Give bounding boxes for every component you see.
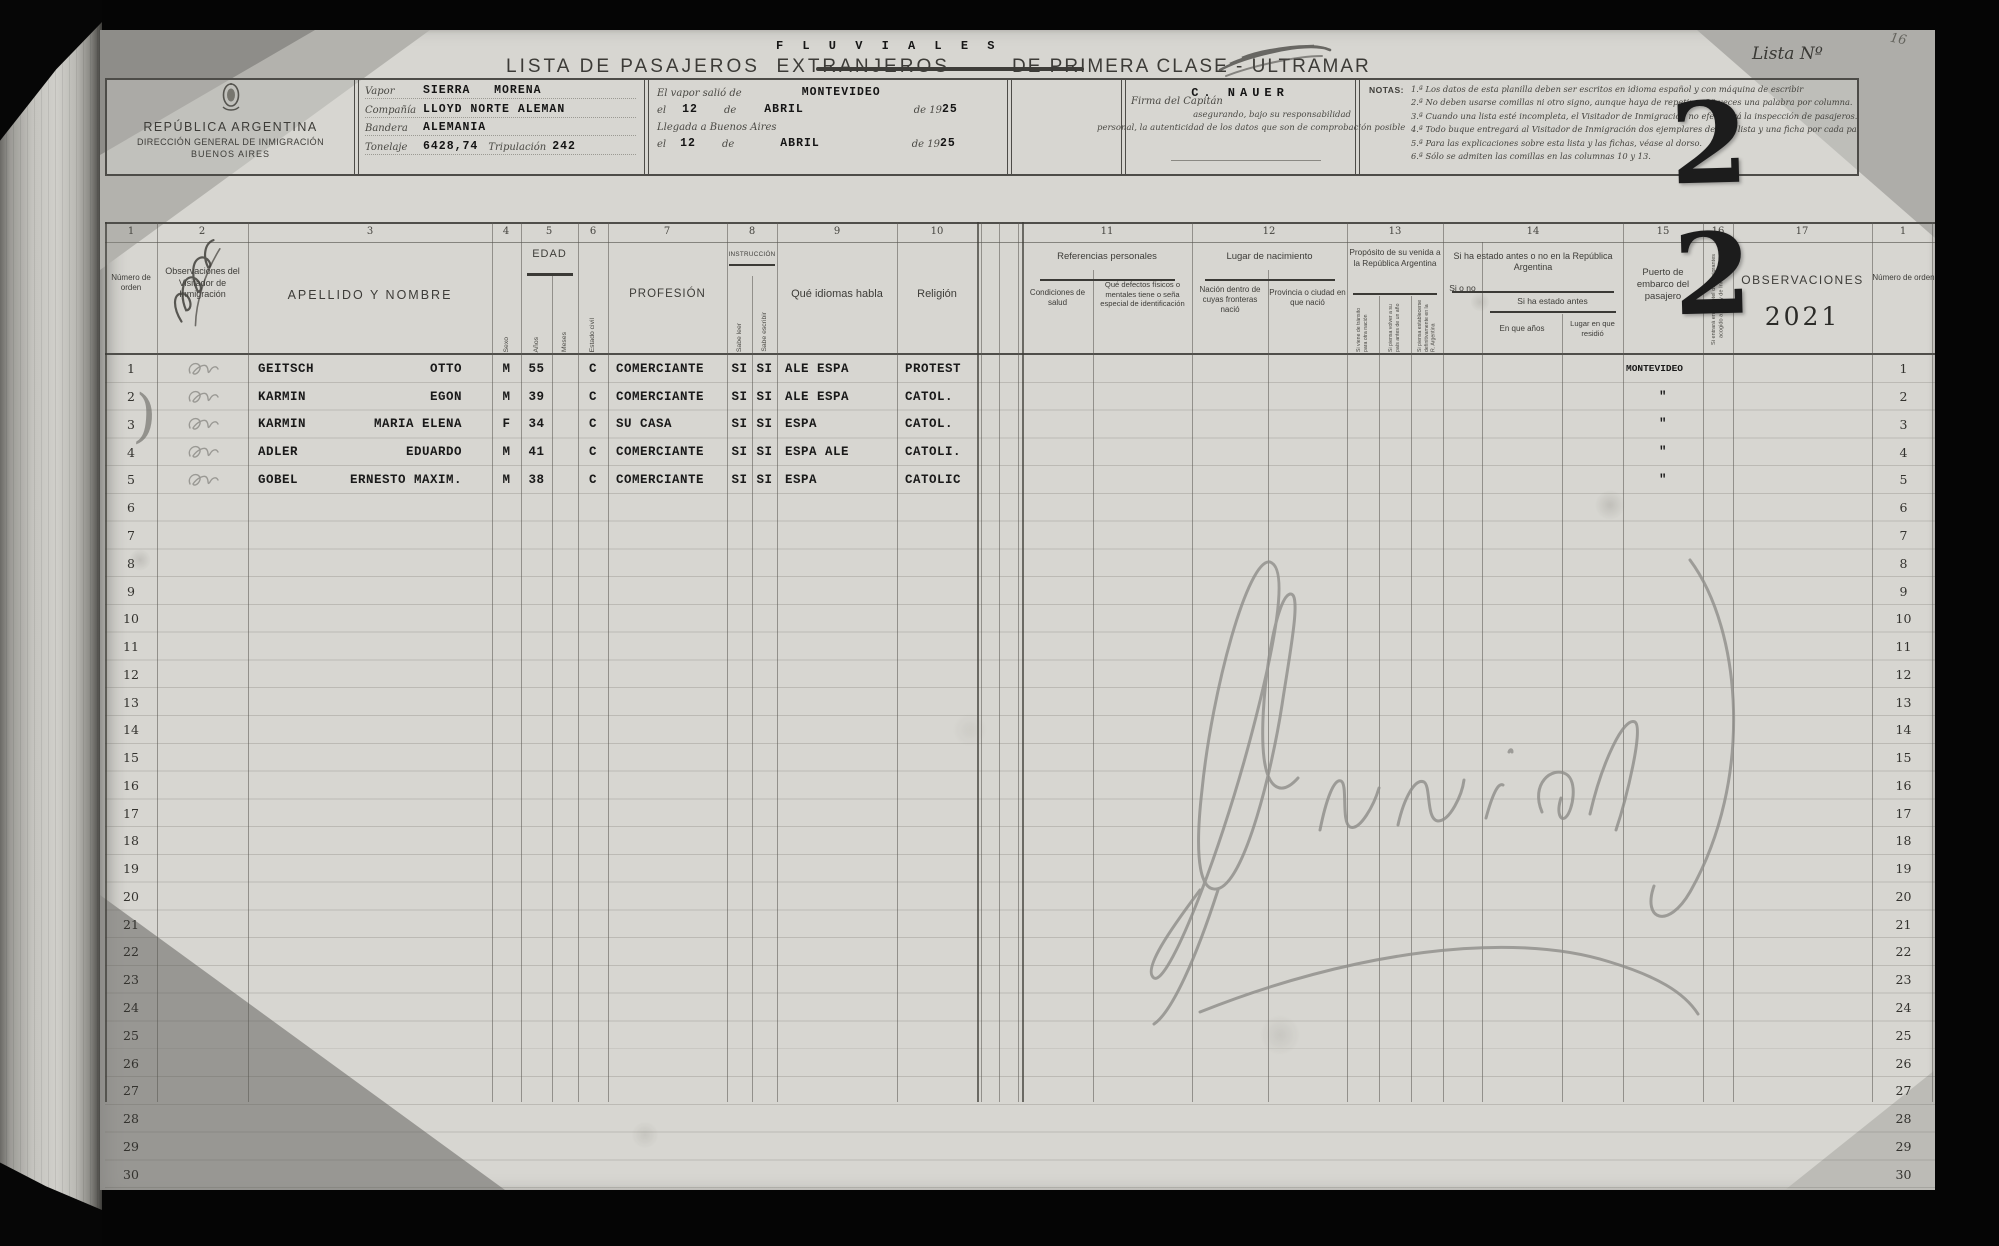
header-condiciones-salud: Condiciones de salud xyxy=(1022,288,1093,308)
passenger-civil-status: C xyxy=(578,355,608,383)
instruccion-underline xyxy=(729,264,775,266)
passenger-age: 38 xyxy=(521,466,552,494)
header-sabe-leer: Sabe leer xyxy=(727,274,752,352)
header-sabe-escribir: Sabe escribir xyxy=(752,274,777,352)
passenger-given-name: ERNESTO MAXIM. xyxy=(350,473,462,487)
column-number: 3 xyxy=(367,226,373,237)
anos-label: Años xyxy=(533,337,541,353)
table-row: 2828 xyxy=(105,1105,1935,1133)
estado-civil-label: Estado civil xyxy=(589,318,597,352)
table-top-rule xyxy=(105,222,1935,224)
column-number: 15 xyxy=(1657,226,1670,237)
passenger-given-name: EGON xyxy=(430,390,462,404)
row-cell: 17 xyxy=(105,799,157,827)
header-estado-civil: Estado civil xyxy=(578,274,608,352)
passenger-religion: CATOL. xyxy=(897,411,977,439)
row-cell: 7 xyxy=(1872,522,1935,550)
row-cell: 22 xyxy=(105,938,157,966)
header-estado-antes: Si ha estado antes o no en la República … xyxy=(1443,251,1623,273)
visitador-mark-cell xyxy=(157,466,248,494)
passenger-civil-status: C xyxy=(578,466,608,494)
passenger-writes: SI xyxy=(752,411,777,439)
row-cell: 10 xyxy=(105,605,157,633)
row-cell: 27 xyxy=(105,1077,157,1105)
passenger-age: 39 xyxy=(521,383,552,411)
passenger-writes: SI xyxy=(752,383,777,411)
header-anos: Años xyxy=(521,274,552,352)
passenger-sex: M xyxy=(492,355,521,383)
passenger-writes: SI xyxy=(752,438,777,466)
row-cell: 29 xyxy=(1872,1132,1935,1160)
passenger-age: 41 xyxy=(521,438,552,466)
passenger-reads: SI xyxy=(727,438,752,466)
header-defectos: Qué defectos físicos o mentales tiene o … xyxy=(1093,280,1192,309)
sabe-escribir-label: Sabe escribir xyxy=(761,312,769,352)
passenger-sex: M xyxy=(492,466,521,494)
header-meses: Meses xyxy=(552,274,578,352)
row-cell: 1 xyxy=(105,355,157,383)
passenger-profession: COMERCIANTE xyxy=(608,355,727,383)
passenger-languages: ESPA xyxy=(777,466,897,494)
row-cell: 29 xyxy=(105,1132,157,1160)
header-numero-orden-left: Número de orden xyxy=(105,273,157,293)
row-cell: 13 xyxy=(105,688,157,716)
passenger-profession: COMERCIANTE xyxy=(608,438,727,466)
row-cell: 8 xyxy=(105,549,157,577)
passenger-list-page: F L U V I A L E S LISTA DE PASAJEROS EXT… xyxy=(100,30,1935,1190)
row-cell: 8 xyxy=(1872,549,1935,577)
passenger-religion: CATOL. xyxy=(897,383,977,411)
passenger-profession: SU CASA xyxy=(608,411,727,439)
row-cell: 16 xyxy=(105,771,157,799)
row-cell: 11 xyxy=(1872,633,1935,661)
passenger-reads: SI xyxy=(727,466,752,494)
row-cell: 26 xyxy=(105,1049,157,1077)
passenger-given-name: EDUARDO xyxy=(406,445,462,459)
passenger-embark-port: " xyxy=(1623,383,1703,411)
visitador-initials-handwriting xyxy=(184,469,222,491)
row-cell: 24 xyxy=(105,994,157,1022)
row-cell: 15 xyxy=(1872,744,1935,772)
row-cell: 9 xyxy=(105,577,157,605)
fluvial-handwriting xyxy=(1050,500,1790,1060)
si-ha-estado-underline xyxy=(1490,311,1616,313)
row-cell: KARMINEGON xyxy=(248,383,492,411)
row-cell: 5 xyxy=(1872,466,1935,494)
passenger-languages: ALE ESPA xyxy=(777,355,897,383)
table-row: 55GOBELERNESTO MAXIM.M38CCOMERCIANTESISI… xyxy=(105,466,1935,494)
row-cell: 26 xyxy=(1872,1049,1935,1077)
passenger-civil-status: C xyxy=(578,383,608,411)
header-transito: Si viene de tránsito para otra nación xyxy=(1347,298,1379,352)
proposito-underline xyxy=(1353,293,1437,295)
row-cell: 9 xyxy=(1872,577,1935,605)
column-number: 13 xyxy=(1389,226,1402,237)
column-number: 6 xyxy=(590,226,596,237)
row-cell: 21 xyxy=(1872,910,1935,938)
column-number-rule xyxy=(105,242,1935,243)
passenger-surname: GOBEL xyxy=(258,473,298,487)
nacimiento-underline xyxy=(1205,279,1335,281)
passenger-reads: SI xyxy=(727,355,752,383)
column-number: 5 xyxy=(546,226,552,237)
row-cell: 13 xyxy=(1872,688,1935,716)
row-cell: 21 xyxy=(105,910,157,938)
row-cell: 6 xyxy=(1872,494,1935,522)
row-cell: 30 xyxy=(1872,1160,1935,1188)
passenger-languages: ESPA xyxy=(777,411,897,439)
row-cell: 27 xyxy=(1872,1077,1935,1105)
passenger-surname: KARMIN xyxy=(258,417,306,431)
visitador-mark-cell xyxy=(157,438,248,466)
column-number: 10 xyxy=(931,226,944,237)
header-en-que-anos: En que años xyxy=(1482,324,1562,333)
passenger-religion: PROTEST xyxy=(897,355,977,383)
row-cell: 12 xyxy=(105,660,157,688)
passenger-religion: CATOLI. xyxy=(897,438,977,466)
pencil-brace-mark: ) xyxy=(132,381,159,450)
volver-label: Si piensa volver a su país antes de un a… xyxy=(1388,298,1402,352)
passenger-embark-port: " xyxy=(1623,438,1703,466)
passenger-given-name: OTTO xyxy=(430,362,462,376)
row-cell: 30 xyxy=(105,1160,157,1188)
passenger-embark-port: " xyxy=(1623,411,1703,439)
passenger-reads: SI xyxy=(727,383,752,411)
passenger-writes: SI xyxy=(752,355,777,383)
table-row: 44ADLEREDUARDOM41CCOMERCIANTESISIESPA AL… xyxy=(105,438,1935,466)
passenger-embark-port: " xyxy=(1623,466,1703,494)
header-lugar-nacimiento: Lugar de nacimiento xyxy=(1192,251,1347,262)
row-cell: 12 xyxy=(1872,660,1935,688)
visitador-initials-handwriting xyxy=(184,441,222,463)
row-cell: 7 xyxy=(105,522,157,550)
row-cell: 3 xyxy=(1872,411,1935,439)
header-volver: Si piensa volver a su país antes de un a… xyxy=(1379,298,1411,352)
row-cell: 17 xyxy=(1872,799,1935,827)
row-cell: 28 xyxy=(105,1105,157,1133)
scanned-passenger-list-photo: F L U V I A L E S LISTA DE PASAJEROS EXT… xyxy=(0,0,1999,1246)
row-cell: 25 xyxy=(1872,1021,1935,1049)
row-cell: 14 xyxy=(1872,716,1935,744)
row-cell: 5 xyxy=(105,466,157,494)
column-number: 4 xyxy=(503,226,509,237)
row-cell: 14 xyxy=(105,716,157,744)
passenger-religion: CATOLIC xyxy=(897,466,977,494)
row-cell: 15 xyxy=(105,744,157,772)
passenger-profession: COMERCIANTE xyxy=(608,466,727,494)
book-left-edge xyxy=(0,0,102,1246)
passenger-embark-port: MONTEVIDEO xyxy=(1623,355,1706,383)
passenger-surname: GEITSCH xyxy=(258,362,314,376)
header-si-ha-estado: Si ha estado antes xyxy=(1482,296,1623,306)
row-cell: 6 xyxy=(105,494,157,522)
row-cell: 23 xyxy=(1872,966,1935,994)
row-cell: GEITSCHOTTO xyxy=(248,355,492,383)
sabe-leer-label: Sabe leer xyxy=(736,323,744,352)
table-row: 33KARMINMARIA ELENAF34CSU CASASISIESPACA… xyxy=(105,411,1935,439)
column-number: 9 xyxy=(834,226,840,237)
header-lugar-residio: Lugar en que residió xyxy=(1562,319,1623,338)
table-row: 11GEITSCHOTTOM55CCOMERCIANTESISIALE ESPA… xyxy=(105,355,1935,383)
column-number: 11 xyxy=(1101,226,1114,237)
row-cell: ADLEREDUARDO xyxy=(248,438,492,466)
visitador-mark-cell xyxy=(157,355,248,383)
column-number: 7 xyxy=(664,226,670,237)
passenger-reads: SI xyxy=(727,411,752,439)
header-referencias: Referencias personales xyxy=(1022,251,1192,262)
row-cell: 28 xyxy=(1872,1105,1935,1133)
row-cell: 19 xyxy=(1872,855,1935,883)
passenger-surname: KARMIN xyxy=(258,390,306,404)
row-cell: 20 xyxy=(105,883,157,911)
header-apellido-nombre: APELLIDO Y NOMBRE xyxy=(248,288,492,302)
row-cell: 20 xyxy=(1872,883,1935,911)
header-edad: EDAD xyxy=(521,248,578,260)
header-instruccion: INSTRUCCIÓN xyxy=(727,251,777,258)
row-cell: 1 xyxy=(1872,355,1935,383)
column-number: 12 xyxy=(1263,226,1276,237)
passenger-surname: ADLER xyxy=(258,445,298,459)
visitador-initials-handwriting xyxy=(184,413,222,435)
table-row: 2929 xyxy=(105,1132,1935,1160)
passenger-sex: M xyxy=(492,438,521,466)
header-idiomas: Qué idiomas habla xyxy=(777,288,897,300)
passenger-writes: SI xyxy=(752,466,777,494)
passenger-sex: F xyxy=(492,411,521,439)
row-cell: 18 xyxy=(1872,827,1935,855)
passenger-profession: COMERCIANTE xyxy=(608,383,727,411)
passenger-sex: M xyxy=(492,383,521,411)
passenger-civil-status: C xyxy=(578,438,608,466)
row-cell: 4 xyxy=(1872,438,1935,466)
row-cell: KARMINMARIA ELENA xyxy=(248,411,492,439)
sexo-label: Sexo xyxy=(503,337,511,353)
row-cell: 16 xyxy=(1872,771,1935,799)
header-profesion: PROFESIÓN xyxy=(608,288,727,300)
row-cell: 18 xyxy=(105,827,157,855)
table-row: 3030 xyxy=(105,1160,1935,1188)
row-cell: 24 xyxy=(1872,994,1935,1022)
visitador-mark-cell xyxy=(157,383,248,411)
column-number: 8 xyxy=(749,226,755,237)
header-provincia: Provincia o ciudad en que nació xyxy=(1268,288,1347,308)
passenger-given-name: MARIA ELENA xyxy=(374,417,462,431)
column-number: 1 xyxy=(128,226,134,237)
row-cell: 22 xyxy=(1872,938,1935,966)
header-sexo: Sexo xyxy=(492,274,521,352)
page-stack-edge xyxy=(0,22,102,1210)
passenger-languages: ESPA ALE xyxy=(777,438,897,466)
header-religion: Religión xyxy=(897,288,977,300)
transito-label: Si viene de tránsito para otra nación xyxy=(1356,298,1370,352)
header-si-o-no: Si o no xyxy=(1443,283,1482,294)
visitador-mark-cell xyxy=(157,411,248,439)
establecerse-label: Si piensa establecerse definitivamente e… xyxy=(1417,298,1437,352)
visitador-initials-handwriting xyxy=(184,358,222,380)
row-cell: 25 xyxy=(105,1021,157,1049)
row-cell: GOBELERNESTO MAXIM. xyxy=(248,466,492,494)
header-establecerse: Si piensa establecerse definitivamente e… xyxy=(1411,298,1443,352)
row-cell: 19 xyxy=(105,855,157,883)
row-cell: 11 xyxy=(105,633,157,661)
passenger-languages: ALE ESPA xyxy=(777,383,897,411)
column-number: 14 xyxy=(1527,226,1540,237)
header-proposito: Propósito de su venida a la República Ar… xyxy=(1347,247,1443,268)
passenger-civil-status: C xyxy=(578,411,608,439)
table-row: 2727 xyxy=(105,1077,1935,1105)
row-cell: 23 xyxy=(105,966,157,994)
header-nacion: Nación dentro de cuyas fronteras nació xyxy=(1192,285,1268,315)
table-row: 22KARMINEGONM39CCOMERCIANTESISIALE ESPAC… xyxy=(105,383,1935,411)
passenger-age: 34 xyxy=(521,411,552,439)
row-cell: 10 xyxy=(1872,605,1935,633)
row-cell: 2 xyxy=(1872,383,1935,411)
passenger-age: 55 xyxy=(521,355,552,383)
list-number-stamp: 2 2 xyxy=(1669,73,1935,342)
visitador-initials-handwriting xyxy=(184,386,222,408)
meses-label: Meses xyxy=(561,332,569,352)
